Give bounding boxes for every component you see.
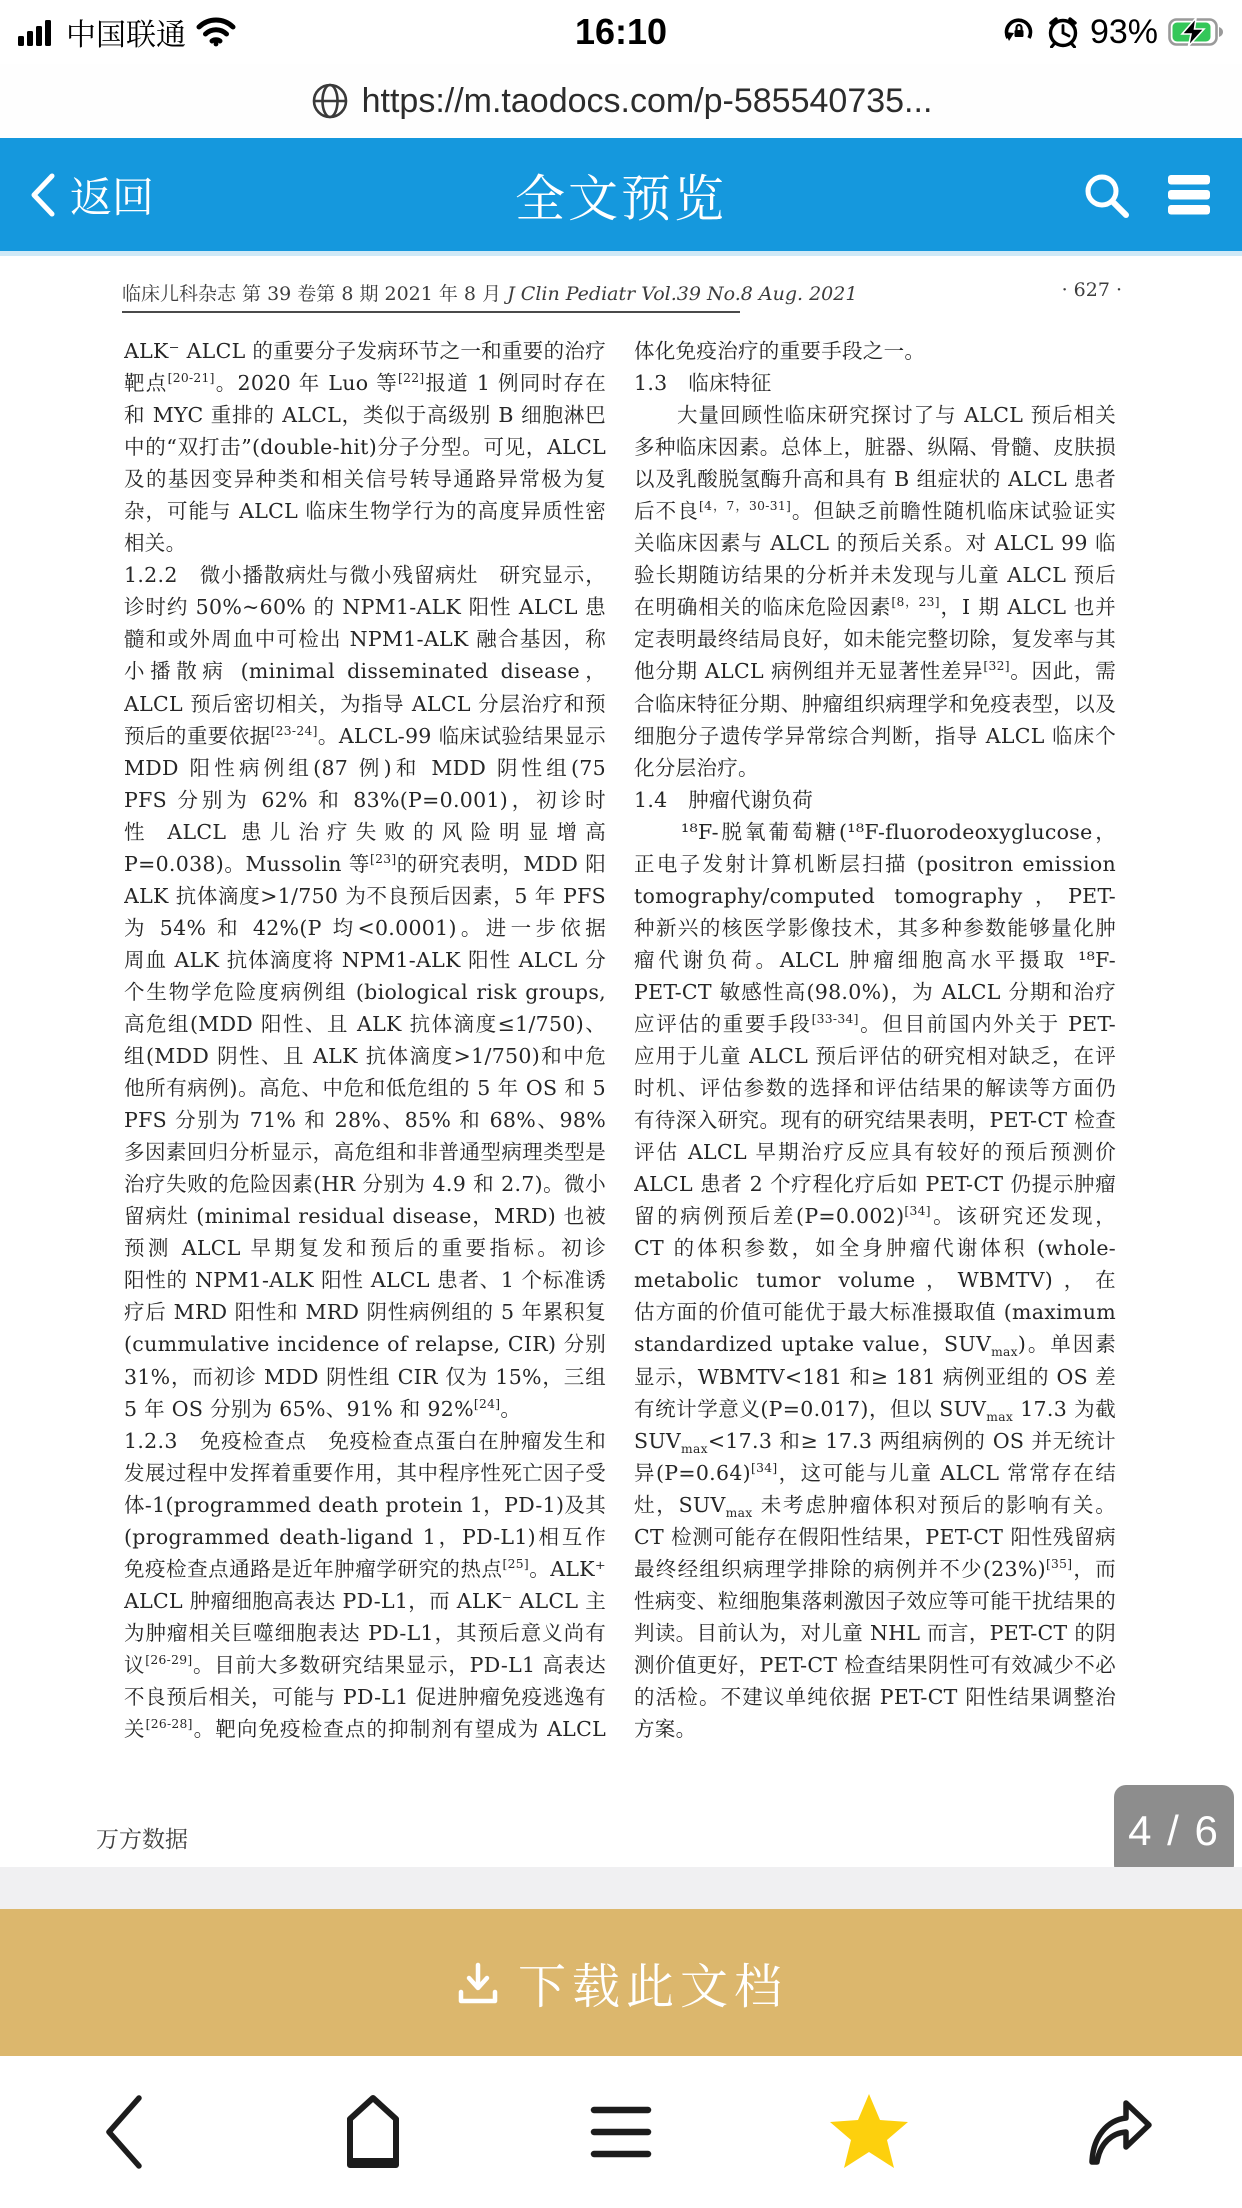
menu-icon[interactable] [1166, 171, 1212, 219]
document-right-column: 体化免疫治疗的重要手段之一。1.3 临床特征 大量回顾性临床研究探讨了与 ALC… [634, 335, 1116, 1745]
document-preview-page: 临床儿科杂志 第 39 卷第 8 期 2021 年 8 月 J Clin Ped… [0, 261, 1242, 1867]
back-label: 返回 [70, 165, 154, 225]
document-text-line: 的活检。不建议单纯依据 PET-CT 阳性结果调整治疗 [634, 1681, 1116, 1713]
document-text-line: 为 54% 和 42%(P 均<0.0001)。进一步依据 MDD 和外 [124, 912, 606, 944]
document-text-line: MDD 阳性病例组(87 例)和 MDD 阴性组(75 例)10 年 [124, 752, 606, 784]
document-text-line: 相关。 [124, 527, 606, 559]
document-text-line: 化分层治疗。 [634, 752, 1116, 784]
toolbar-home-button[interactable] [248, 2056, 496, 2208]
journal-header-rule [122, 311, 740, 313]
document-text-line: 小播散病 (minimal disseminated disease，MDD)，… [124, 655, 606, 687]
document-text-line: 免疫检查点通路是近年肿瘤学研究的热点[25]。ALK⁺ [124, 1553, 606, 1585]
toolbar-back-button[interactable] [0, 2056, 248, 2208]
document-text-line: 多因素回归分析显示，高危组和非普通型病理类型是 [124, 1136, 606, 1168]
document-text-line: 性病变、粒细胞集落刺激因子效应等可能干扰结果的 [634, 1585, 1116, 1617]
document-text-line: (programmed death-ligand 1，PD-L1)相互作用形成的 [124, 1521, 606, 1553]
document-text-line: PET-CT 敏感性高(98.0%)，为 ALCL 分期和治疗反 [634, 976, 1116, 1008]
document-text-line: 细胞分子遗传学异常综合判断，指导 ALCL 临床个体 [634, 720, 1116, 752]
document-text-line: 个生物学危险度病例组 (biological risk groups, bRG)… [124, 976, 606, 1008]
document-text-line: 合临床特征分期、肿瘤组织病理学和免疫表型，以及 [634, 688, 1116, 720]
document-text-line: 髓和或外周血中可检出 NPM1-ALK 融合基因，称为微 [124, 623, 606, 655]
carrier-label: 中国联通 [66, 10, 186, 54]
document-text-line: 留的病例预后差(P=0.002)[34]。该研究还发现，PET- [634, 1200, 1116, 1232]
journal-header: 临床儿科杂志 第 39 卷第 8 期 2021 年 8 月 J Clin Ped… [122, 279, 1122, 306]
document-text-line: SUVmax<17.3 和≥ 17.3 两组病例的 OS 并无统计学差 [634, 1425, 1116, 1457]
document-text-line: 有统计学意义(P=0.017)，但以 SUVmax 17.3 为截断值， [634, 1393, 1116, 1425]
document-text-line: 发展过程中发挥着重要作用，其中程序性死亡因子受 [124, 1457, 606, 1489]
document-text-line: 以及乳酸脱氢酶升高和具有 B 组症状的 ALCL 患者预 [634, 463, 1116, 495]
document-text-line: 不良预后相关，可能与 PD-L1 促进肿瘤免疫逃逸有 [124, 1681, 606, 1713]
document-text-line: 种新兴的核医学影像技术，其多种参数能够量化肿 [634, 912, 1116, 944]
document-text-line: 及的基因变异种类和相关信号转导通路异常极为复 [124, 463, 606, 495]
document-text-line: 时机、评估参数的选择和评估结果的解读等方面仍 [634, 1072, 1116, 1104]
document-text-line: standardized uptake value，SUVmax)。单因素分析结… [634, 1328, 1116, 1360]
document-text-line: 议[26-29]。目前大多数研究结果显示，PD-L1 高表达与 [124, 1649, 606, 1681]
page-gap-strip [0, 1867, 1242, 1909]
share-icon [1080, 2096, 1156, 2168]
document-text-line: 定表明最终结局良好，如未能完整切除，复发率与其 [634, 623, 1116, 655]
document-text-line: 后不良[4，7，30-31]。但缺乏前瞻性随机临床试验证实相 [634, 495, 1116, 527]
document-text-line: 关临床因素与 ALCL 的预后关系。对 ALCL 99 临床试 [634, 527, 1116, 559]
document-text-line: ¹⁸F-脱氧葡萄糖(¹⁸F-fluorodeoxyglucose，¹⁸F-FDG… [634, 816, 1116, 848]
status-bar: 中国联通 16:10 [0, 0, 1242, 64]
document-text-line: 中的“双打击”(double-hit)分子分型。可见，ALCL 涉 [124, 431, 606, 463]
document-text-line: 多种临床因素。总体上，脏器、纵隔、骨髓、皮肤损害， [634, 431, 1116, 463]
journal-page-number: · 627 · [1062, 279, 1122, 306]
back-chevron-icon [101, 2092, 147, 2172]
battery-charging-icon [1168, 18, 1224, 46]
document-text-line: 应用于儿童 ALCL 预后评估的研究相对缺乏，在评估 [634, 1040, 1116, 1072]
battery-percent-label: 93% [1090, 13, 1158, 52]
document-text-line: 正电子发射计算机断层扫描 (positron emission [634, 848, 1116, 880]
orientation-lock-icon [1002, 16, 1036, 48]
document-text-line: 显示，WBMTV<181 和≥ 181 病例亚组的 OS 差异具 [634, 1361, 1116, 1393]
document-text-line: 1.2.2 微小播散病灶与微小残留病灶 研究显示，初 [124, 559, 606, 591]
document-text-line: ALCL 预后密切相关，为指导 ALCL 分层治疗和预测 [124, 688, 606, 720]
document-text-line: 高危组(MDD 阳性、且 ALK 抗体滴度≤1/750)、低危 [124, 1008, 606, 1040]
globe-icon [310, 81, 350, 121]
document-text-line: 大量回顾性临床研究探讨了与 ALCL 预后相关的 [634, 399, 1116, 431]
document-text-line: 疗后 MRD 阳性和 MRD 阴性病例组的 5 年累积复发率 [124, 1296, 606, 1328]
document-text-line: 1.2.3 免疫检查点 免疫检查点蛋白在肿瘤发生和 [124, 1425, 606, 1457]
document-text-line: 留病灶 (minimal residual disease，MRD) 也被认为是 [124, 1200, 606, 1232]
document-text-line: 为肿瘤相关巨噬细胞表达 PD-L1，其预后意义尚有争 [124, 1617, 606, 1649]
page-indicator-label: 4 / 6 [1128, 1807, 1220, 1855]
toolbar-favorite-button[interactable] [745, 2056, 993, 2208]
document-text-line: PFS 分别为 71% 和 28%、85% 和 68%、98% 和 93%。 [124, 1104, 606, 1136]
document-text-line: 预测 ALCL 早期复发和预后的重要指标。初诊 MDD [124, 1232, 606, 1264]
document-text-line: 诊时约 50%~60% 的 NPM1-ALK 阳性 ALCL 患者骨 [124, 591, 606, 623]
address-bar[interactable]: https://m.taodocs.com/p-585540735... [0, 64, 1242, 138]
document-text-line: 异(P=0.64)[34]，这可能与儿童 ALCL 常常存在结外病 [634, 1457, 1116, 1489]
wifi-icon [196, 17, 236, 47]
document-text-line: 31%，而初诊 MDD 阴性组 CIR 仅为 15%，三组病例的 [124, 1361, 606, 1393]
download-icon [454, 1959, 502, 2007]
document-text-line: ALCL 肿瘤细胞高表达 PD-L1，而 ALK⁻ ALCL 主要 [124, 1585, 606, 1617]
document-text-line: 灶，SUVmax 未考虑肿瘤体积对预后的影响有关。PET- [634, 1489, 1116, 1521]
document-text-line: 验长期随访结果的分析并未发现与儿童 ALCL 预后存 [634, 559, 1116, 591]
document-text-line: PFS 分别为 62% 和 83%(P=0.001)，初诊时 MDD 阳 [124, 784, 606, 816]
toolbar-menu-button[interactable] [497, 2056, 745, 2208]
favorite-star-icon [827, 2090, 911, 2174]
signal-bars-icon [18, 18, 56, 46]
document-text-line: 预后的重要依据[23-24]。ALCL-99 临床试验结果显示[8]， [124, 720, 606, 752]
document-text-line: tomography/computed tomography，PET-CT) 作… [634, 880, 1116, 912]
document-text-line: 5 年 OS 分别为 65%、91% 和 92%[24]。 [124, 1393, 606, 1425]
document-text-line: 关[26-28]。靶向免疫检查点的抑制剂有望成为 ALCL 个 [124, 1713, 606, 1745]
document-text-line: 评估 ALCL 早期治疗反应具有较好的预后预测价值。 [634, 1136, 1116, 1168]
document-text-line: metabolic tumor volume，WBMTV)，在 ALCL 预后评 [634, 1264, 1116, 1296]
document-text-line: ALK 抗体滴度>1/750 为不良预后因素，5 年 PFS 分别 [124, 880, 606, 912]
document-text-line: 方案。 [634, 1713, 1116, 1745]
document-text-line: 治疗失败的危险因素(HR 分别为 4.9 和 2.7)。微小残 [124, 1168, 606, 1200]
document-text-line: CT 的体积参数，如全身肿瘤代谢体积 (whole-body [634, 1232, 1116, 1264]
document-text-line: 测价值更好，PET-CT 检查结果阴性可有效减少不必要 [634, 1649, 1116, 1681]
search-icon[interactable] [1080, 169, 1132, 221]
browser-toolbar [0, 2056, 1242, 2208]
url-text: https://m.taodocs.com/p-585540735... [362, 82, 933, 121]
download-label: 下载此文档 [518, 1948, 788, 2017]
home-icon [343, 2094, 403, 2170]
document-text-line: 杂，可能与 ALCL 临床生物学行为的高度异质性密切 [124, 495, 606, 527]
app-header: 返回 全文预览 [0, 138, 1242, 256]
document-text-line: 1.3 临床特征 [634, 367, 1116, 399]
document-text-line: 组(MDD 阴性、且 ALK 抗体滴度>1/750)和中危组(其 [124, 1040, 606, 1072]
document-text-line: 瘤代谢负荷。ALCL 肿瘤细胞高水平摄取 ¹⁸F-FDG， [634, 944, 1116, 976]
document-left-column: ALK⁻ ALCL 的重要分子发病环节之一和重要的治疗靶点[20-21]。202… [124, 335, 606, 1745]
back-chevron-icon [30, 173, 56, 217]
document-text-line: P=0.038)。Mussolin 等[23]的研究表明，MDD 阳性和 [124, 848, 606, 880]
document-text-line: 体化免疫治疗的重要手段之一。 [634, 335, 1116, 367]
document-text-line: (cummulative incidence of relapse, CIR) … [124, 1328, 606, 1360]
document-text-line: 阳性的 NPM1-ALK 阳性 ALCL 患者、1 个标准诱导化 [124, 1264, 606, 1296]
document-text-line: 他所有病例)。高危、中危和低危组的 5 年 OS 和 5 年 [124, 1072, 606, 1104]
document-text-line: CT 检测可能存在假阳性结果，PET-CT 阳性残留病灶 [634, 1521, 1116, 1553]
journal-title-en: J Clin Pediatr Vol.39 No.8 Aug. 2021 [507, 283, 857, 305]
journal-title-cn: 临床儿科杂志 第 39 卷第 8 期 2021 年 8 月 [122, 283, 501, 305]
document-text-line: 估方面的价值可能优于最大标准摄取值 (maximum [634, 1296, 1116, 1328]
wanfang-watermark: 万方数据 [96, 1821, 188, 1854]
document-text-line: ALCL 患者 2 个疗程化疗后如 PET-CT 仍提示肿瘤残 [634, 1168, 1116, 1200]
document-text-line: ALK⁻ ALCL 的重要分子发病环节之一和重要的治疗 [124, 335, 606, 367]
document-text-line: 性 ALCL 患儿治疗失败的风险明显增高(HR=2.15， [124, 816, 606, 848]
menu-lines-icon [590, 2102, 652, 2162]
page-indicator-badge: 4 / 6 [1114, 1785, 1234, 1877]
document-text-line: 体-1(programmed death protein 1，PD-1)及其配体… [124, 1489, 606, 1521]
document-text-line: 他分期 ALCL 病例组并无显著性差异[32]。因此，需结 [634, 655, 1116, 687]
mobile-browser-screen: { "status_bar": { "carrier": "中国联通", "ti… [0, 0, 1242, 2208]
document-text-line: 周血 ALK 抗体滴度将 NPM1-ALK 阳性 ALCL 分为 3 [124, 944, 606, 976]
document-text-line: 判读。目前认为，对儿童 NHL 而言，PET-CT 的阴性预 [634, 1617, 1116, 1649]
document-text-line: 应评估的重要手段[33-34]。但目前国内外关于 PET-CT [634, 1008, 1116, 1040]
download-document-button[interactable]: 下载此文档 [0, 1909, 1242, 2056]
document-text-line: 最终经组织病理学排除的病例并不少(23%)[35]，而炎 [634, 1553, 1116, 1585]
alarm-icon [1046, 16, 1080, 48]
document-text-line: 有待深入研究。现有的研究结果表明，PET-CT 检查 [634, 1104, 1116, 1136]
toolbar-share-button[interactable] [994, 2056, 1242, 2208]
document-text-line: 在明确相关的临床危险因素[8，23]，Ⅰ 期 ALCL 也并不一 [634, 591, 1116, 623]
page-title: 全文预览 [0, 159, 1242, 231]
document-text-line: 1.4 肿瘤代谢负荷 [634, 784, 1116, 816]
document-text-line: 靶点[20-21]。2020 年 Luo 等[22]报道 1 例同时存在 ALK [124, 367, 606, 399]
document-text-line: 和 MYC 重排的 ALCL，类似于高级别 B 细胞淋巴瘤 [124, 399, 606, 431]
back-button[interactable]: 返回 [30, 165, 154, 225]
